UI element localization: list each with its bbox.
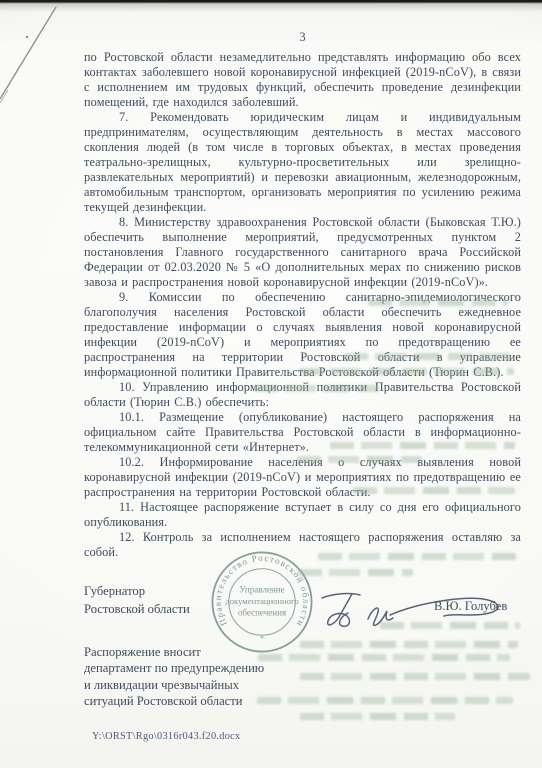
bleedthrough-text-artifact bbox=[300, 713, 455, 720]
document-file-path: Y:\ORST\Rgo\0316r043.f20.docx bbox=[92, 731, 240, 742]
stamp-center-line1: Управление bbox=[239, 585, 284, 595]
bleedthrough-text-artifact bbox=[298, 569, 413, 576]
bleedthrough-text-artifact bbox=[297, 456, 422, 463]
bleedthrough-text-artifact bbox=[380, 622, 520, 629]
signer-title-line1: Губернатор bbox=[84, 583, 190, 601]
submitter-block: Распоряжение вносит департамент по преду… bbox=[84, 644, 264, 710]
scanned-document-page: 3 по Ростовской области незамедлительно … bbox=[0, 0, 542, 768]
document-text-block: по Ростовской области незамедлительно пр… bbox=[84, 50, 521, 580]
bleedthrough-text-artifact bbox=[330, 442, 515, 449]
signer-title-line2: Ростовской области bbox=[84, 601, 190, 619]
submitter-line3: и ликвидации чрезвычайных bbox=[84, 677, 264, 693]
stamp-star-icon: * bbox=[260, 633, 264, 643]
submitter-line1: Распоряжение вносит bbox=[84, 644, 264, 660]
paragraph-item-11: 11. Настоящее распоряжение вступает в си… bbox=[84, 500, 521, 530]
bleedthrough-text-artifact bbox=[300, 673, 530, 680]
bleedthrough-text-artifact bbox=[258, 654, 510, 661]
bleedthrough-text-artifact bbox=[318, 553, 516, 560]
stamp-center-line3: обеспечения bbox=[238, 608, 286, 618]
bleedthrough-text-artifact bbox=[353, 487, 515, 494]
submitter-line4: ситуаций Ростовской области bbox=[84, 693, 264, 709]
signer-name: В.Ю. Голубев bbox=[434, 599, 507, 614]
bleedthrough-text-artifact bbox=[299, 368, 514, 375]
stamp-center-line2: документационного bbox=[225, 596, 298, 606]
bleedthrough-text-artifact bbox=[300, 641, 518, 648]
signer-title: Губернатор Ростовской области bbox=[84, 583, 190, 618]
page-number: 3 bbox=[84, 30, 521, 45]
bleedthrough-text-artifact bbox=[257, 697, 513, 704]
submitter-line2: департамент по предупреждению bbox=[84, 660, 264, 676]
paragraph-continuation: по Ростовской области незамедлительно пр… bbox=[84, 50, 521, 110]
bleedthrough-text-artifact bbox=[254, 385, 379, 392]
paragraph-item-7: 7. Рекомендовать юридическим лицам и инд… bbox=[84, 110, 521, 215]
bleedthrough-text-artifact bbox=[368, 299, 508, 306]
bleedthrough-text-artifact bbox=[344, 353, 512, 360]
paragraph-item-8: 8. Министерству здравоохранения Ростовск… bbox=[84, 215, 521, 290]
